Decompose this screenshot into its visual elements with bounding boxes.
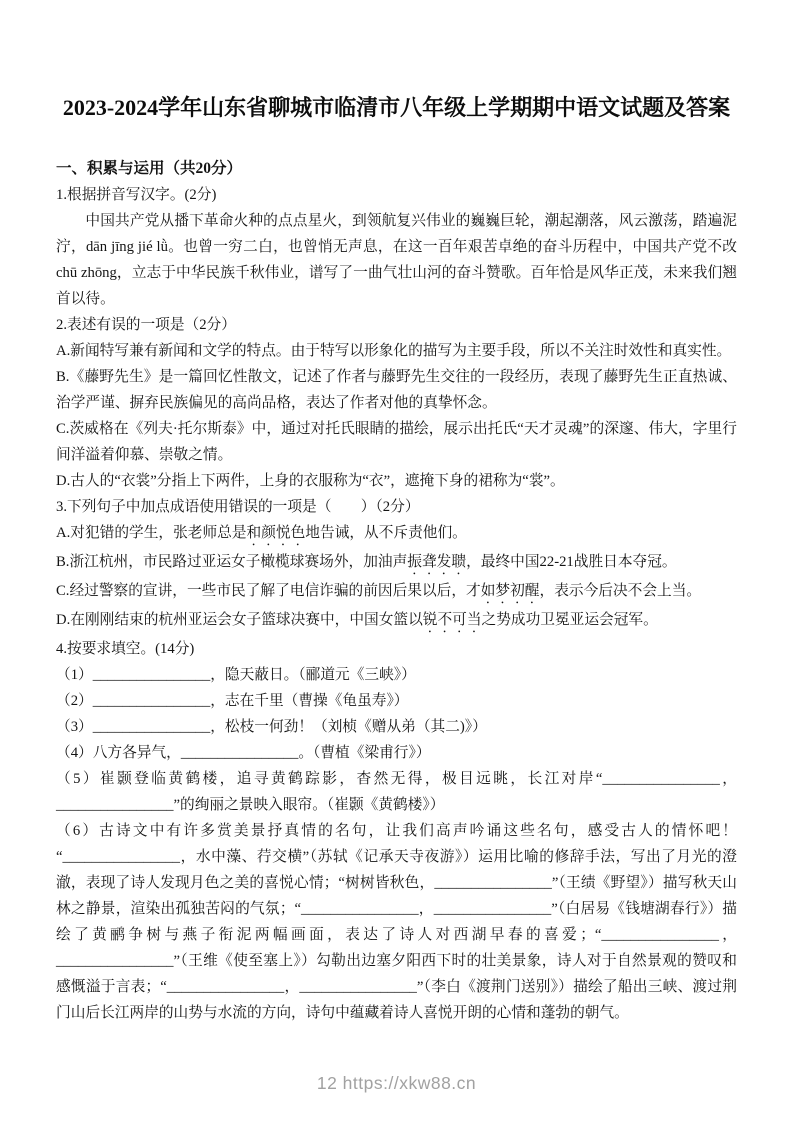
fill-blank-item-6: （6）古诗文中有许多赏美景抒真情的名句，让我们高声吟诵这些名句，感受古人的情怀吧… <box>56 818 737 1026</box>
question-3-option-d: D.在刚刚结束的杭州亚运会女子篮球决赛中，中国女篮以锐不可当之势成功卫冕亚运会冠… <box>56 607 737 636</box>
question-2-option-c: C.茨威格在《列夫·托尔斯泰》中，通过对托氏眼睛的描绘，展示出托氏“天才灵魂”的… <box>56 416 737 468</box>
emphasized-idiom: 锐不可当 <box>423 612 482 628</box>
question-2-label: 2.表述有误的一项是（2分） <box>56 312 737 338</box>
fill-blank-item-1: （1）________________，隐天蔽日。（郦道元《三峡》） <box>56 662 737 688</box>
option-text: ，最终中国22-21战胜日本夺冠。 <box>466 554 677 570</box>
fill-blank-item-3: （3）________________，松枝一何劲！（刘桢《赠从弟（其二)》） <box>56 714 737 740</box>
option-text: D.在刚刚结束的杭州亚运会女子篮球决赛中，中国女篮以 <box>56 612 423 628</box>
question-3-option-a: A.对犯错的学生，张老师总是和颜悦色地告诫，从不斥责他们。 <box>56 520 737 549</box>
question-3-option-b: B.浙江杭州，市民路过亚运女子橄榄球赛场外，加油声振聋发聩，最终中国22-21战… <box>56 549 737 578</box>
option-text: 之势成功卫冕亚运会冠军。 <box>482 612 658 628</box>
fill-blank-item-5: （5）崔颢登临黄鹤楼，追寻黄鹤踪影，杳然无得，极目远眺，长江对岸“_______… <box>56 766 737 818</box>
section-heading: 一、积累与运用（共20分） <box>56 156 737 182</box>
emphasized-idiom: 如梦初醒 <box>481 583 540 599</box>
fill-blank-item-4: （4）八方各异气，________________。（曹植《梁甫行》） <box>56 740 737 766</box>
question-3: 3.下列句子中加点成语使用错误的一项是（ ）（2分） A.对犯错的学生，张老师总… <box>56 494 737 636</box>
question-1-passage: 中国共产党从播下革命火种的点点星火，到领航复兴伟业的巍巍巨轮，潮起潮落，风云激荡… <box>56 208 737 312</box>
footer-watermark: 12 https://xkw88.cn <box>0 1073 793 1094</box>
option-text: C.经过警察的宣讲，一些市民了解了电信诈骗的前因后果以后，才 <box>56 583 481 599</box>
fill-blank-item-2: （2）________________，志在千里（曹操《龟虽寿》） <box>56 688 737 714</box>
question-2-option-b: B.《藤野先生》是一篇回忆性散文，记述了作者与藤野先生交往的一段经历，表现了藤野… <box>56 364 737 416</box>
option-text: A.对犯错的学生，张老师总是 <box>56 525 247 541</box>
option-text: B.浙江杭州，市民路过亚运女子橄榄球赛场外，加油声 <box>56 554 407 570</box>
question-1-label: 1.根据拼音写汉字。(2分) <box>56 182 737 208</box>
exam-page: 2023-2024学年山东省聊城市临清市八年级上学期期中语文试题及答案 一、积累… <box>0 0 793 1122</box>
question-4-label: 4.按要求填空。(14分) <box>56 636 737 662</box>
page-title: 2023-2024学年山东省聊城市临清市八年级上学期期中语文试题及答案 <box>56 84 737 132</box>
question-1: 1.根据拼音写汉字。(2分) 中国共产党从播下革命火种的点点星火，到领航复兴伟业… <box>56 182 737 312</box>
question-2-option-d: D.古人的“衣裳”分指上下两件，上身的衣服称为“衣”，遮掩下身的裙称为“裳”。 <box>56 468 737 494</box>
question-2-option-a: A.新闻特写兼有新闻和文学的特点。由于特写以形象化的描写为主要手段，所以不关注时… <box>56 338 737 364</box>
question-2: 2.表述有误的一项是（2分） A.新闻特写兼有新闻和文学的特点。由于特写以形象化… <box>56 312 737 494</box>
question-3-label: 3.下列句子中加点成语使用错误的一项是（ ）（2分） <box>56 494 737 520</box>
emphasized-idiom: 振聋发聩 <box>407 554 466 570</box>
emphasized-idiom: 和颜悦色 <box>247 525 306 541</box>
question-4: 4.按要求填空。(14分) （1）________________，隐天蔽日。（… <box>56 636 737 1026</box>
option-text: 地告诫，从不斥责他们。 <box>305 525 467 541</box>
question-3-option-c: C.经过警察的宣讲，一些市民了解了电信诈骗的前因后果以后，才如梦初醒，表示今后决… <box>56 578 737 607</box>
option-text: ，表示今后决不会上当。 <box>540 583 702 599</box>
